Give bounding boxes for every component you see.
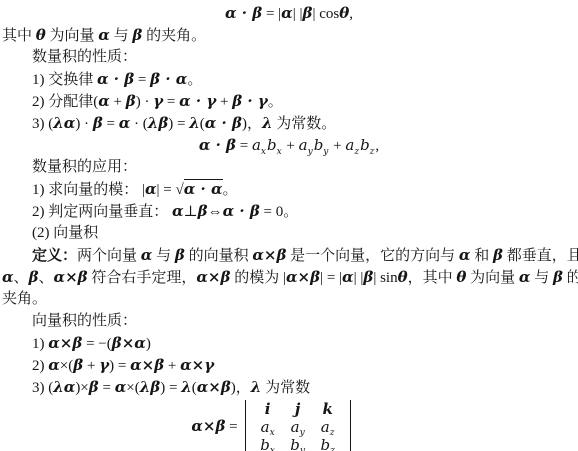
text-segment: α×β (54, 268, 88, 286)
text-segment: | sin (373, 270, 397, 286)
formula-dot-product-definition: α · β = |α| |β| cosθ, (2, 2, 576, 24)
matrix-cell: by (283, 436, 313, 451)
text-segment: α (519, 268, 531, 286)
text-segment: 。 (187, 72, 202, 88)
text-segment: ) = (168, 116, 189, 132)
text-segment: α×γ (180, 356, 214, 374)
text-segment: α · α (184, 179, 223, 198)
heading-cross-product: (2) 向量积 (2, 222, 576, 244)
text-segment: = (163, 94, 179, 110)
text-segment: · (237, 4, 253, 22)
text-segment: = −( (82, 336, 111, 352)
text-segment: ⇔ (208, 204, 223, 220)
text-segment: β (493, 246, 503, 264)
text-segment: α (459, 246, 471, 264)
text-segment: α (225, 4, 237, 22)
text-segment: 为常数。 (272, 116, 336, 132)
text-segment: 符合右手定理， (88, 270, 197, 286)
heading-dot-product-properties: 数量积的性质： (2, 46, 576, 68)
text-segment: = | (262, 6, 281, 22)
text-segment: = (99, 380, 115, 396)
text-segment: = 0。 (260, 204, 298, 220)
text-segment: 1) (32, 336, 48, 352)
matrix-cell: k (313, 400, 343, 418)
text-segment: 的夹角。 (142, 28, 206, 44)
text-segment: α (145, 180, 157, 198)
text-segment: 。 (268, 94, 283, 110)
text-segment: 数量积的应用： (32, 159, 137, 175)
text-segment: θ (398, 268, 408, 286)
text-segment: β (73, 356, 83, 374)
text-segment: 和 (470, 248, 493, 264)
item-distributive-law: 2) 分配律(α + β) · γ = α · γ + β · γ。 (2, 90, 576, 112)
text-segment: b (360, 136, 370, 154)
text-segment: 是一个向量，它的方向与 (286, 248, 459, 264)
text-segment: β (252, 4, 262, 22)
text-segment: )， (231, 380, 251, 396)
text-segment: 2) 判定两向量垂直： (32, 204, 172, 220)
text-segment: | | (354, 270, 364, 286)
item-scalar-multiple-law: 3) (λα) · β = α · (λβ) = λ(α · β)，λ 为常数。 (2, 112, 576, 134)
text-segment: 数量积的性质： (32, 49, 137, 65)
matrix-entry-subscript: x (270, 446, 275, 451)
matrix-cell: j (283, 400, 313, 418)
text-segment: (2) 向量积 (32, 225, 98, 241)
textbook-page: α · β = |α| |β| cosθ, 其中 θ 为向量 α 与 β 的夹角… (0, 0, 578, 451)
text-segment: = (236, 138, 252, 154)
text-segment: 两个向量 (77, 248, 141, 264)
matrix-cell: bz (313, 436, 343, 451)
text-segment: β (363, 268, 373, 286)
text-segment: · ( (130, 116, 148, 132)
text-segment: α (342, 268, 354, 286)
matrix-entry: a (321, 418, 330, 436)
text-segment: α (115, 378, 127, 396)
item-anticommutative-law: 1) α×β = −(β×α) (2, 332, 576, 354)
text-segment: 的向量积 (185, 248, 253, 264)
text-segment: + (283, 138, 299, 154)
text-segment: + (110, 94, 126, 110)
matrix-entry: i (265, 400, 271, 418)
matrix-entry: b (260, 436, 270, 451)
text-segment: 向量积的性质： (32, 313, 137, 329)
text-segment: 定义： (32, 248, 77, 264)
text-segment: )× (75, 380, 88, 396)
text-segment: a (252, 136, 261, 154)
text-segment: β (175, 246, 185, 264)
text-segment: β (126, 92, 136, 110)
text-segment: ) · (75, 116, 93, 132)
text-segment: θ (339, 4, 349, 22)
text-segment: 1) 交换律 (32, 72, 97, 88)
item-scalar-multiple-law-cross: 3) (λα)×β = α×(λβ) = λ(α×β)，λ 为常数 (2, 376, 576, 398)
text-segment: α · β (199, 136, 236, 154)
text-segment: β (198, 202, 208, 220)
text-segment: ) = (109, 358, 130, 374)
text-segment: α×β (252, 246, 286, 264)
text-segment: 、 (14, 270, 29, 286)
text-segment: β · γ (232, 92, 268, 110)
text-segment: α×β (48, 334, 82, 352)
text-segment: α · γ (179, 92, 216, 110)
text-segment: α×β (197, 378, 231, 396)
text-segment: + (329, 138, 345, 154)
matrix-entry: a (291, 418, 300, 436)
text-angle-note: 其中 θ 为向量 α 与 β 的夹角。 (2, 24, 576, 46)
matrix-entry: b (320, 436, 330, 451)
text-segment: α · β (223, 202, 260, 220)
text-segment: β · α (150, 70, 187, 88)
text-segment: α×β (130, 356, 164, 374)
text-segment: λα (53, 114, 75, 132)
text-segment: | = | (320, 270, 342, 286)
item-distributive-law-cross: 2) α×(β + γ) = α×β + α×γ (2, 354, 576, 376)
text-segment: θ (456, 268, 466, 286)
text-segment: 。 (223, 182, 238, 198)
text-segment: λ (251, 378, 262, 396)
text-segment: θ (36, 26, 46, 44)
definition-cross-product-line3: 夹角。 (2, 288, 576, 310)
matrix-entry-subscript: z (330, 446, 335, 451)
text-segment: 与 (152, 248, 175, 264)
text-segment: + (164, 358, 180, 374)
text-segment: ) · (136, 94, 154, 110)
text-segment: γ (99, 356, 109, 374)
matrix-entry: k (322, 400, 332, 418)
text-segment: 的模为 | (230, 270, 286, 286)
text-segment: α (48, 356, 60, 374)
text-segment: 与 (530, 270, 553, 286)
matrix-entry: a (261, 418, 270, 436)
text-segment: 都垂直，且使得 (503, 248, 578, 264)
text-segment: + (83, 358, 99, 374)
matrix-entry: b (290, 436, 300, 451)
text-segment: α (172, 202, 184, 220)
matrix-cell: i (253, 400, 283, 418)
determinant-lhs: α×β = (191, 417, 237, 436)
text-segment: ×( (126, 380, 139, 396)
text-segment: ) = (160, 380, 181, 396)
formula-dot-product-components: α · β = axbx + ayby + azbz, (2, 134, 576, 156)
text-segment: λ (181, 378, 192, 396)
text-segment: α (98, 26, 110, 44)
item-perpendicular-condition: 2) 判定两向量垂直： α⊥β⇔α · β = 0。 (2, 200, 576, 222)
text-segment: α (2, 268, 14, 286)
text-segment: b (314, 136, 324, 154)
heading-dot-product-applications: 数量积的应用： (2, 156, 576, 178)
text-segment: , (349, 6, 353, 22)
text-segment: 3) ( (32, 380, 53, 396)
text-segment: λβ (148, 114, 168, 132)
matrix-entry-subscript: y (300, 446, 305, 451)
text-segment: α (281, 4, 293, 22)
definition-cross-product-line1: 定义：两个向量 α 与 β 的向量积 α×β 是一个向量，它的方向与 α 和 β… (2, 244, 576, 266)
text-segment: )， (242, 116, 262, 132)
matrix-cell: ay (283, 418, 313, 436)
text-segment: + (216, 94, 232, 110)
text-segment: λ (262, 114, 273, 132)
text-segment: 的 (563, 270, 578, 286)
definition-cross-product-line2: α、β、α×β 符合右手定理，α×β 的模为 |α×β| = |α| |β| s… (2, 266, 576, 288)
text-segment: α · β (97, 70, 134, 88)
text-segment: α (98, 92, 110, 110)
text-segment: α×β (191, 417, 225, 435)
text-segment: 为向量 (46, 28, 99, 44)
text-segment: β×α (112, 334, 146, 352)
item-vector-magnitude: 1) 求向量的模： |α| = √α · α。 (2, 178, 576, 200)
determinant-matrix: i j k ax ay az bx by bz (245, 400, 351, 451)
text-segment: 2) 分配律( (32, 94, 98, 110)
text-segment: γ (153, 92, 163, 110)
text-segment: b (267, 136, 277, 154)
text-segment: λβ (140, 378, 160, 396)
matrix-cell: ax (253, 418, 283, 436)
text-segment: 其中 (2, 28, 36, 44)
text-segment: λ (189, 114, 200, 132)
text-segment: λα (53, 378, 75, 396)
matrix-entry: j (295, 400, 300, 418)
text-segment: 为向量 (466, 270, 519, 286)
text-segment: β (553, 268, 563, 286)
text-segment: ⊥ (184, 204, 198, 220)
text-segment: a (345, 136, 354, 154)
text-segment: α×β (196, 268, 230, 286)
matrix-cell: az (313, 418, 343, 436)
text-segment: , (375, 138, 379, 154)
text-segment: | = (157, 182, 176, 198)
text-segment: α (119, 114, 131, 132)
text-segment: β (89, 378, 99, 396)
text-segment: β (29, 268, 39, 286)
formula-cross-product-determinant: α×β = i j k ax ay az bx by bz (0, 398, 558, 451)
heading-cross-product-properties: 向量积的性质： (2, 310, 576, 332)
text-segment: = (225, 419, 237, 435)
text-segment: = (103, 116, 119, 132)
text-segment: ×( (60, 358, 73, 374)
matrix-cell: bx (253, 436, 283, 451)
text-segment: 与 (110, 28, 133, 44)
text-segment: ，其中 (408, 270, 457, 286)
text-segment: | cos (312, 6, 339, 22)
text-segment: 1) 求向量的模： | (32, 182, 145, 198)
text-segment: 2) (32, 358, 48, 374)
text-segment: √ (176, 182, 184, 198)
text-segment: α (141, 246, 153, 264)
text-segment: 、 (39, 270, 54, 286)
text-segment: 3) ( (32, 116, 53, 132)
text-segment: ) (146, 336, 151, 352)
text-segment: a (299, 136, 308, 154)
text-segment: α · β (205, 114, 242, 132)
text-segment: α×β (286, 268, 320, 286)
text-segment: = (134, 72, 150, 88)
text-segment: 为常数 (261, 380, 310, 396)
item-commutative-law: 1) 交换律 α · β = β · α。 (2, 68, 576, 90)
text-segment: β (132, 26, 142, 44)
text-segment: β (302, 4, 312, 22)
text-segment: β (93, 114, 103, 132)
text-segment: 夹角。 (2, 291, 47, 307)
